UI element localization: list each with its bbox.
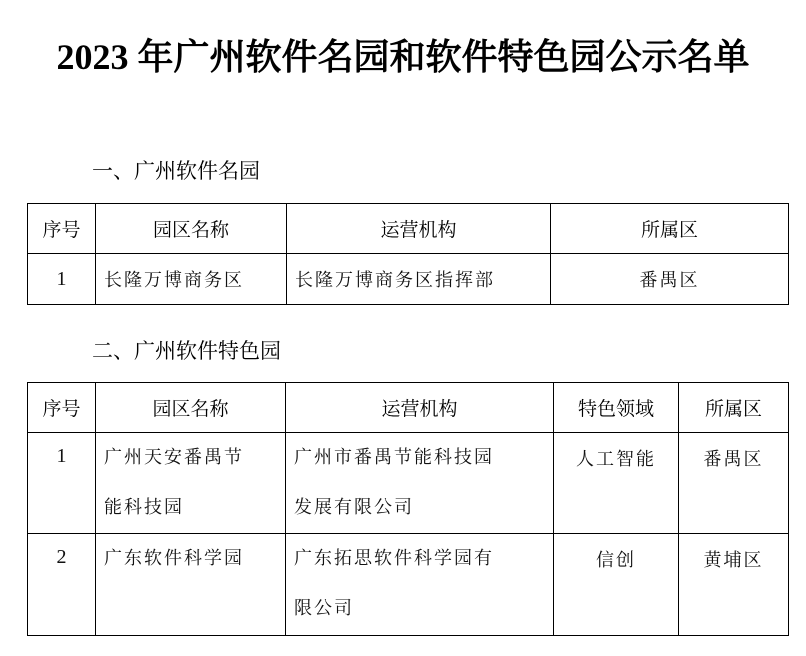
operator: 长隆万博商务区指挥部 [287, 254, 551, 305]
column-header: 运营机构 [286, 383, 554, 433]
park-name: 广州天安番禺节 能科技园 [96, 433, 286, 534]
operator-line: 广东拓思软件科学园有 [294, 534, 553, 584]
table-row: 2 广东软件科学园 广东拓思软件科学园有 限公司 信创 黄埔区 [28, 534, 789, 636]
column-header: 所属区 [551, 204, 789, 254]
column-header: 序号 [28, 383, 96, 433]
table-header-row: 序号 园区名称 运营机构 特色领域 所属区 [28, 383, 789, 433]
district: 番禺区 [679, 433, 789, 534]
table-row: 1 长隆万博商务区 长隆万博商务区指挥部 番禺区 [28, 254, 789, 305]
row-number: 2 [28, 534, 96, 636]
column-header: 园区名称 [96, 383, 286, 433]
column-header: 序号 [28, 204, 96, 254]
operator-line: 广州市番禺节能科技园 [294, 433, 553, 483]
operator: 广州市番禺节能科技园 发展有限公司 [286, 433, 554, 534]
operator: 广东拓思软件科学园有 限公司 [286, 534, 554, 636]
page-title: 2023 年广州软件名园和软件特色园公示名单 [0, 32, 806, 82]
park-name-line: 能科技园 [104, 483, 285, 533]
park-name-line: 广东软件科学园 [104, 534, 285, 584]
section-heading-featured-parks: 二、广州软件特色园 [92, 336, 281, 366]
operator-line: 发展有限公司 [294, 483, 553, 533]
district: 番禺区 [551, 254, 789, 305]
row-number: 1 [28, 254, 96, 305]
column-header: 运营机构 [287, 204, 551, 254]
row-number: 1 [28, 433, 96, 534]
column-header: 所属区 [679, 383, 789, 433]
feature-field: 人工智能 [554, 433, 679, 534]
park-name-line: 广州天安番禺节 [104, 433, 285, 483]
table-row: 1 广州天安番禺节 能科技园 广州市番禺节能科技园 发展有限公司 人工智能 番禺… [28, 433, 789, 534]
column-header: 园区名称 [96, 204, 287, 254]
section-heading-famous-parks: 一、广州软件名园 [92, 156, 260, 186]
famous-parks-table: 序号 园区名称 运营机构 所属区 1 长隆万博商务区 长隆万博商务区指挥部 番禺… [27, 203, 789, 305]
featured-parks-table: 序号 园区名称 运营机构 特色领域 所属区 1 广州天安番禺节 能科技园 广州市… [27, 382, 789, 636]
park-name: 广东软件科学园 [96, 534, 286, 636]
feature-field: 信创 [554, 534, 679, 636]
operator-line: 限公司 [294, 584, 553, 634]
column-header: 特色领域 [554, 383, 679, 433]
park-name: 长隆万博商务区 [96, 254, 287, 305]
park-name-line [104, 584, 285, 634]
table-header-row: 序号 园区名称 运营机构 所属区 [28, 204, 789, 254]
district: 黄埔区 [679, 534, 789, 636]
